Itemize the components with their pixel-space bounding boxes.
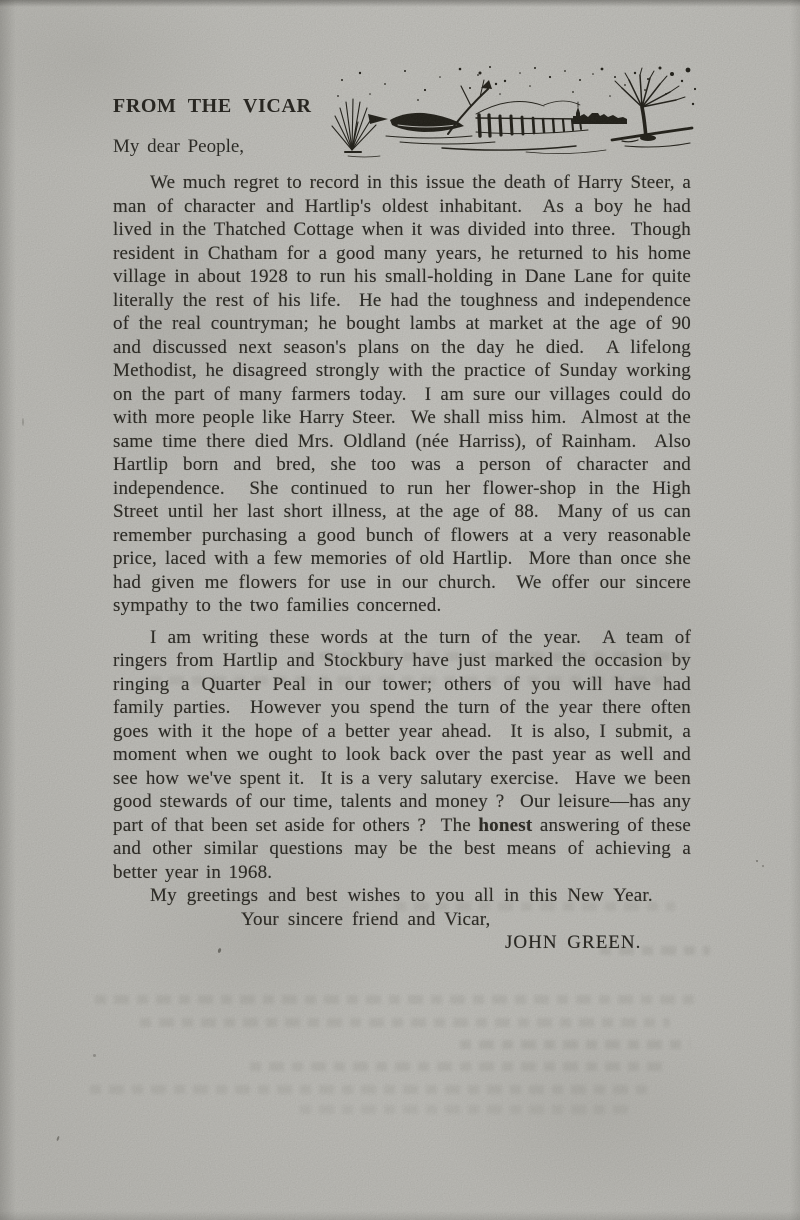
showthrough-smudge: [140, 1018, 670, 1027]
paragraph-new-year-text: I am writing these words at the turn of …: [113, 627, 698, 836]
salutation-line: My dear People,: [113, 136, 244, 158]
showthrough-smudge: [95, 995, 695, 1004]
bold-word-honest: honest: [478, 815, 532, 836]
showthrough-smudge: [90, 1085, 650, 1094]
page-title: FROM THE VICAR: [113, 95, 312, 118]
paragraph-obituaries: We much regret to record in this issue t…: [113, 171, 691, 618]
paper-mottle: [430, 1010, 750, 1210]
showthrough-smudge: [300, 1105, 630, 1114]
letter-body: We much regret to record in this issue t…: [113, 171, 691, 955]
winter-village-scene-illustration: [330, 64, 702, 164]
ink-speck: [93, 1054, 96, 1057]
ink-speck: [762, 865, 764, 867]
page-edge-shadow-bottom: [0, 1211, 800, 1220]
page-edge-shadow-left: [0, 0, 16, 1220]
signature-name: JOHN GREEN.: [113, 931, 691, 955]
valediction-line: Your sincere friend and Vicar,: [113, 908, 691, 932]
ink-speck: [22, 418, 24, 426]
showthrough-smudge: [250, 1062, 670, 1071]
closing-greeting-line: My greetings and best wishes to you all …: [113, 884, 691, 908]
showthrough-smudge: [460, 1040, 690, 1049]
paragraph-new-year: I am writing these words at the turn of …: [113, 626, 691, 885]
scanned-newsletter-page: FROM THE VICAR My dear People,: [0, 0, 800, 1220]
ink-speck: [56, 1136, 60, 1141]
page-edge-shadow-right: [790, 0, 800, 1220]
page-edge-shadow-top: [0, 0, 800, 7]
ink-speck: [756, 860, 758, 862]
